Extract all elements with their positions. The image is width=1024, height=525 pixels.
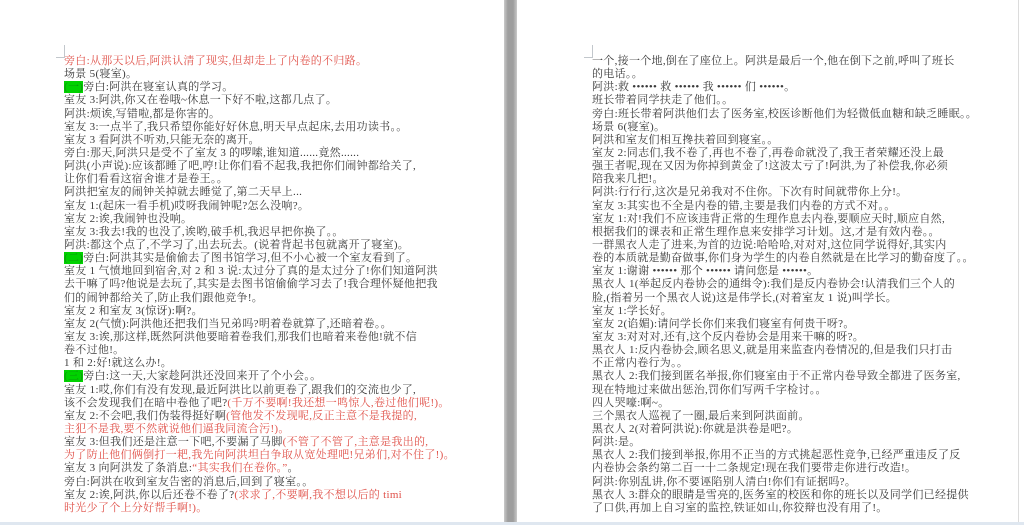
text-line: 三个黑衣人巡视了一圈,最后来到阿洪面前。 — [592, 410, 1007, 423]
text-line: 室友 2(谄媚):请问学长你们来我们寝室有何贵干呀?。 — [592, 318, 1007, 331]
highlight-marker: (一) — [64, 81, 83, 93]
text-segment: 卷不过他!。 — [64, 344, 124, 356]
text-segment: 阿洪:烦诶,写错啦,都是你害的。 — [64, 108, 220, 120]
text-segment: 旁白:这一天,大家趁阿洪还没回来开了个小会。。 — [83, 370, 321, 382]
text-segment: 一群黑衣人走了进来,为首的边说:哈哈哈,对对对,这位同学说得好,其实内 — [592, 239, 947, 251]
text-line: 陪我来几把!。 — [592, 173, 1007, 186]
text-line: 旁白:从那天以后,阿洪认清了现实,但却走上了内卷的不归路。 — [64, 55, 479, 68]
text-segment: 室友 3:阿洪,你又在卷哦~休息一下好不啦,这都几点了。 — [64, 94, 337, 106]
text-line: 旁白:那天,阿洪只是受不了室友 3 的啰嗦,谁知道......竟然...... — [64, 147, 479, 160]
text-segment: 室友 2(谄媚):请问学长你们来我们寝室有何贵干呀?。 — [592, 318, 855, 330]
text-segment: 三个黑衣人巡视了一圈,最后来到阿洪面前。 — [592, 410, 810, 422]
text-segment: 阿洪:是。 — [592, 436, 641, 448]
text-line: 让你们看看这宿舍谁才是卷王。。 — [64, 173, 479, 186]
text-line: 阿洪:是。 — [592, 436, 1007, 449]
text-segment: 室友 3 看阿洪不听劝,只能无奈的离开。 — [64, 134, 260, 146]
text-line: 四人哭嚎:啊~。 — [592, 397, 1007, 410]
text-segment: 旁白:阿洪在收到室友告密的消息后,回到了寝室。。 — [64, 476, 314, 488]
text-segment: 旁白:从那天以后,阿洪认清了现实,但却走上了内卷的不归路。 — [64, 55, 367, 67]
text-line: 主犯不是我,要不然就说他们逼我同流合污!)。 — [64, 423, 479, 436]
text-line: 的电话。。 — [592, 68, 1007, 81]
text-line: 室友 3 向阿洪发了条消息:“其实我们在卷你。”。 — [64, 462, 479, 475]
text-segment: 场景 5(寝室)。 — [64, 68, 137, 80]
text-segment: 黑衣人 1(举起反内卷协会的通缉令):我们是反内卷协会!认清我们三个人的 — [592, 278, 955, 290]
text-segment: 室友 3:但我们还是注意一下吧,不要漏了马脚 — [64, 436, 283, 448]
text-line: 室友 1:学长好。 — [592, 305, 1007, 318]
text-segment: 旁白:阿洪在寝室认真的学习。 — [83, 81, 233, 93]
text-line: 去干嘛了吗?他说是去玩了,其实是去图书馆偷偷学习去了!我合理怀疑他把我 — [64, 278, 479, 291]
text-line: 一群黑衣人走了进来,为首的边说:哈哈哈,对对对,这位同学说得好,其实内 — [592, 239, 1007, 252]
text-segment: 室友 1 气愤地回到宿舍,对 2 和 3 说:太过分了真的是太过分了!你们知道阿… — [64, 265, 438, 277]
text-line: 黑衣人 1:反内卷协会,顾名思义,就是用来监查内卷情况的,但是我们只打击 — [592, 344, 1007, 357]
text-line: 室友 1:谢谢 •••••• 那个 •••••• 请问您是 ••••••。 — [592, 265, 1007, 278]
text-segment: 室友 3:其实也不全是内卷的错,主要是我们内卷的方式不对。。 — [592, 200, 896, 212]
text-segment: 1 和 2:好!就这么办!。 — [64, 357, 172, 369]
text-segment: 黑衣人 3:群众的眼睛是雪亮的,医务室的校医和你的班长以及同学们已经提供 — [592, 489, 969, 501]
text-line: 为了防止他们俩倒打一耙,我先向阿洪坦白争取从宽处理吧!兄弟们,对不住了!)。 — [64, 449, 479, 462]
text-segment: 了口供,再加上自习室的监控,铁证如山,你狡辩也没有用了!。 — [592, 502, 888, 514]
text-line: (一)旁白:阿洪在寝室认真的学习。 — [64, 81, 479, 94]
text-line: 场景 5(寝室)。 — [64, 68, 479, 81]
text-line: 室友 1 气愤地回到宿舍,对 2 和 3 说:太过分了真的是太过分了!你们知道阿… — [64, 265, 479, 278]
text-segment: 四人哭嚎:啊~。 — [592, 397, 669, 409]
text-line: 时光少了个上分好帮手啊!)。 — [64, 502, 479, 515]
text-segment: 室友 2:同志们,我不卷了,再也不卷了,再卷命就没了,我王者荣耀还没上最 — [592, 147, 944, 159]
text-line: 该不会发现我们在暗中卷他了吧?(千万不要啊!我还想一鸣惊人,卷过他们呢!)。 — [64, 397, 479, 410]
text-segment: 室友 3:诶,那这样,既然阿洪他要暗着卷我们,那我们也暗着来卷他!就不信 — [64, 331, 417, 343]
text-line: 们的闹钟都给关了,防止我们跟他竞争!。 — [64, 292, 479, 305]
text-segment: 内卷协会条约第二百一十二条规定!现在我们要带走你进行改造!。 — [592, 462, 916, 474]
text-segment: 阿洪把室友的闹钟关掉就去睡觉了,第二天早上... — [64, 186, 302, 198]
text-segment: 阿洪:都这个点了,不学习了,出去玩去。(说着背起书包就离开了寝室)。 — [64, 239, 409, 251]
text-segment: 一个,接一个地,倒在了座位上。阿洪是最后一个,他在倒下之前,呼叫了班长 — [592, 55, 955, 67]
text-segment: 时光少了个上分好帮手啊!)。 — [64, 502, 208, 514]
text-line: 黑衣人 1(举起反内卷协会的通缉令):我们是反内卷协会!认清我们三个人的 — [592, 278, 1007, 291]
text-line: 黑衣人 2:我们接到举报,你用不正当的方式挑起恶性竞争,已经严重违反了反 — [592, 449, 1007, 462]
text-line: 卷的本质就是勤奋做事,你们身为学生的内卷自然就是在比学习的勤奋度了。。 — [592, 252, 1007, 265]
text-line: 室友 3 看阿洪不听劝,只能无奈的离开。 — [64, 134, 479, 147]
text-segment: 黑衣人 2(对着阿洪说):你就是洪卷是吧?。 — [592, 423, 798, 435]
text-line: 阿洪:都这个点了,不学习了,出去玩去。(说着背起书包就离开了寝室)。 — [64, 239, 479, 252]
text-line: 场景 6(寝室)。 — [592, 121, 1007, 134]
text-segment: (求求了,不要啊,我不想以后的 timi — [234, 489, 402, 501]
text-line: 1 和 2:好!就这么办!。 — [64, 357, 479, 370]
text-segment: 阿洪和室友们相互搀扶着回到寝室。。 — [592, 134, 779, 146]
text-line: 室友 3:我去!我的也没了,诶哟,破手机,我迟早把你换了。。 — [64, 226, 479, 239]
text-segment: 阿洪:行行行,这次是兄弟我对不住你。下次有时间就带你上分!。 — [592, 186, 907, 198]
text-line: 旁白:班长带着阿洪他们去了医务室,校医诊断他们为轻微低血糖和缺乏睡眠。。 — [592, 108, 1007, 121]
text-segment: 旁白:班长带着阿洪他们去了医务室,校医诊断他们为轻微低血糖和缺乏睡眠。。 — [592, 108, 977, 120]
text-segment: 室友 1:谢谢 •••••• 那个 •••••• 请问您是 ••••••。 — [592, 265, 818, 277]
text-line: 阿洪(小声说):应该都睡了吧,哼!让你们看不起我,我把你们闹钟都给关了, — [64, 160, 479, 173]
highlight-marker: (三) — [64, 370, 83, 382]
text-segment: (不管了不管了,主意是我出的, — [283, 436, 429, 448]
text-line: 室友 3:但我们还是注意一下吧,不要漏了马脚(不管了不管了,主意是我出的, — [64, 436, 479, 449]
text-segment: 室友 2 和室友 3(惊讶):啊?。 — [64, 305, 203, 317]
text-segment: “其实我们在卷你。” — [192, 462, 287, 474]
document-page-2: 一个,接一个地,倒在了座位上。阿洪是最后一个,他在倒下之前,呼叫了班长的电话。。… — [517, 0, 1024, 525]
text-segment: 室友 2:诶,阿洪,你以后还卷不卷了? — [64, 489, 234, 501]
text-line: 强王者呢,现在又因为你掉到黄金了!这波太亏了!阿洪,为了补偿我,你必须 — [592, 160, 1007, 173]
text-segment: 强王者呢,现在又因为你掉到黄金了!这波太亏了!阿洪,为了补偿我,你必须 — [592, 160, 948, 172]
text-line: (二)旁白:阿洪其实是偷偷去了图书馆学习,但不小心被一个室友看到了。 — [64, 252, 479, 265]
text-segment: 为了防止他们俩倒打一耙,我先向阿洪坦白争取从宽处理吧!兄弟们,对不住了!)。 — [64, 449, 455, 461]
text-segment: 室友 1:对!我们不应该违背正常的生理作息去内卷,要顺应天时,顺应自然, — [592, 213, 945, 225]
text-segment: 场景 6(寝室)。 — [592, 121, 665, 133]
document-page-1: 旁白:从那天以后,阿洪认清了现实,但却走上了内卷的不归路。场景 5(寝室)。(一… — [0, 0, 504, 525]
text-line: 阿洪:你别乱讲,你不要诬陷别人清白!你们有证据吗?。 — [592, 476, 1007, 489]
text-line: 室友 3:对对对,还有,这个反内卷协会是用来干嘛的呀?。 — [592, 331, 1007, 344]
text-line: 室友 1:(起床一看手机)哎呀我闹钟呢?怎么没响?。 — [64, 200, 479, 213]
text-segment: 阿洪(小声说):应该都睡了吧,哼!让你们看不起我,我把你们闹钟都给关了, — [64, 160, 416, 172]
text-line: 根据我们的课表和正常生理作息来安排学习计划。这,才是有效内卷。。 — [592, 226, 1007, 239]
text-segment: 根据我们的课表和正常生理作息来安排学习计划。这,才是有效内卷。。 — [592, 226, 940, 238]
text-line: 脸,(指着另一个黑衣人说)这是伟学长,(对着室友 1 说)叫学长。 — [592, 292, 1007, 305]
text-segment: 脸,(指着另一个黑衣人说)这是伟学长,(对着室友 1 说)叫学长。 — [592, 292, 897, 304]
text-line: (三)旁白:这一天,大家趁阿洪还没回来开了个小会。。 — [64, 370, 479, 383]
text-segment: 陪我来几把!。 — [592, 173, 664, 185]
text-segment: 旁白:阿洪其实是偷偷去了图书馆学习,但不小心被一个室友看到了。 — [83, 252, 417, 264]
text-line: 内卷协会条约第二百一十二条规定!现在我们要带走你进行改造!。 — [592, 462, 1007, 475]
text-line: 卷不过他!。 — [64, 344, 479, 357]
text-segment: 该不会发现我们在暗中卷他了吧? — [64, 397, 227, 409]
text-line: 室友 3:其实也不全是内卷的错,主要是我们内卷的方式不对。。 — [592, 200, 1007, 213]
text-segment: 室友 3:我去!我的也没了,诶哟,破手机,我迟早把你换了。。 — [64, 226, 344, 238]
text-segment: 室友 1:(起床一看手机)哎呀我闹钟呢?怎么没响?。 — [64, 200, 309, 212]
scrollbar[interactable] — [1018, 0, 1024, 525]
page-2-text: 一个,接一个地,倒在了座位上。阿洪是最后一个,他在倒下之前,呼叫了班长的电话。。… — [592, 55, 1007, 515]
text-line: 阿洪:救 •••••• 救 •••••• 我 •••••• 们 ••••••。 — [592, 81, 1007, 94]
text-line: 黑衣人 2(对着阿洪说):你就是洪卷是吧?。 — [592, 423, 1007, 436]
text-segment: 室友 3:一点半了,我只希望你能好好休息,明天早点起床,去用功读书。。 — [64, 121, 408, 133]
text-line: 班长带着同学扶走了他们。。 — [592, 94, 1007, 107]
text-segment: 室友 2:诶,我闹钟也没响。 — [64, 213, 192, 225]
text-segment: 的电话。。 — [592, 68, 643, 80]
text-line: 黑衣人 3:群众的眼睛是雪亮的,医务室的校医和你的班长以及同学们已经提供 — [592, 489, 1007, 502]
text-segment: 室友 3:对对对,还有,这个反内卷协会是用来干嘛的呀?。 — [592, 331, 864, 343]
text-line: 了口供,再加上自习室的监控,铁证如山,你狡辩也没有用了!。 — [592, 502, 1007, 515]
text-segment: 室友 2(气愤):阿洪他还把我们当兄弟吗?明着卷就算了,还暗着卷。。 — [64, 318, 392, 330]
text-line: 室友 3:一点半了,我只希望你能好好休息,明天早点起床,去用功读书。。 — [64, 121, 479, 134]
text-segment: 黑衣人 2:我们接到举报,你用不正当的方式挑起恶性竞争,已经严重违反了反 — [592, 449, 961, 461]
text-segment: 们的闹钟都给关了,防止我们跟他竞争!。 — [64, 292, 263, 304]
text-segment: 班长带着同学扶走了他们。。 — [592, 94, 733, 106]
text-segment: 黑衣人 2:我们接到匿名举报,你们寝室由于不正常内卷导致全都进了医务室, — [592, 370, 961, 382]
text-line: 室友 2:不会吧,我们伪装得挺好啊(管他发不发现呢,反正主意不是我提的, — [64, 410, 479, 423]
text-segment: 卷的本质就是勤奋做事,你们身为学生的内卷自然就是在比学习的勤奋度了。。 — [592, 252, 974, 264]
text-line: 室友 3:阿洪,你又在卷哦~休息一下好不啦,这都几点了。 — [64, 94, 479, 107]
text-line: 阿洪把室友的闹钟关掉就去睡觉了,第二天早上... — [64, 186, 479, 199]
text-line: 室友 2:诶,阿洪,你以后还卷不卷了?(求求了,不要啊,我不想以后的 timi — [64, 489, 479, 502]
text-line: 阿洪和室友们相互搀扶着回到寝室。。 — [592, 134, 1007, 147]
highlight-marker: (二) — [64, 252, 83, 264]
text-line: 阿洪:烦诶,写错啦,都是你害的。 — [64, 108, 479, 121]
text-line: 旁白:阿洪在收到室友告密的消息后,回到了寝室。。 — [64, 476, 479, 489]
text-segment: 室友 1:哎,你们有没有发现,最近阿洪比以前更卷了,跟我们的交流也少了, — [64, 384, 416, 396]
document-viewer: 旁白:从那天以后,阿洪认清了现实,但却走上了内卷的不归路。场景 5(寝室)。(一… — [0, 0, 1024, 525]
text-line: 室友 2:同志们,我不卷了,再也不卷了,再卷命就没了,我王者荣耀还没上最 — [592, 147, 1007, 160]
text-line: 阿洪:行行行,这次是兄弟我对不住你。下次有时间就带你上分!。 — [592, 186, 1007, 199]
text-segment: 黑衣人 1:反内卷协会,顾名思义,就是用来监查内卷情况的,但是我们只打击 — [592, 344, 952, 356]
text-segment: 现在特地过来做出惩治,罚你们写两千字检讨。。 — [592, 384, 827, 396]
page-1-text: 旁白:从那天以后,阿洪认清了现实,但却走上了内卷的不归路。场景 5(寝室)。(一… — [64, 55, 479, 515]
text-line: 室友 1:哎,你们有没有发现,最近阿洪比以前更卷了,跟我们的交流也少了, — [64, 384, 479, 397]
text-segment: 去干嘛了吗?他说是去玩了,其实是去图书馆偷偷学习去了!我合理怀疑他把我 — [64, 278, 438, 290]
text-segment: 室友 2:不会吧,我们伪装得挺好啊 — [64, 410, 226, 422]
text-line: 一个,接一个地,倒在了座位上。阿洪是最后一个,他在倒下之前,呼叫了班长 — [592, 55, 1007, 68]
text-segment: 让你们看看这宿舍谁才是卷王。。 — [64, 173, 228, 185]
text-segment: 旁白:那天,阿洪只是受不了室友 3 的啰嗦,谁知道......竟然...... — [64, 147, 359, 159]
text-segment: 阿洪:你别乱讲,你不要诬陷别人清白!你们有证据吗?。 — [592, 476, 856, 488]
text-segment: (千万不要啊!我还想一鸣惊人,卷过他们呢!)。 — [227, 397, 449, 409]
text-segment: (管他发不发现呢,反正主意不是我提的, — [226, 410, 417, 422]
text-line: 室友 2:诶,我闹钟也没响。 — [64, 213, 479, 226]
text-line: 现在特地过来做出惩治,罚你们写两千字检讨。。 — [592, 384, 1007, 397]
text-line: 室友 2(气愤):阿洪他还把我们当兄弟吗?明着卷就算了,还暗着卷。。 — [64, 318, 479, 331]
text-segment: 阿洪:救 •••••• 救 •••••• 我 •••••• 们 ••••••。 — [592, 81, 795, 93]
text-line: 室友 3:诶,那这样,既然阿洪他要暗着卷我们,那我们也暗着来卷他!就不信 — [64, 331, 479, 344]
text-segment: 主犯不是我,要不然就说他们逼我同流合污!)。 — [64, 423, 290, 435]
text-line: 室友 1:对!我们不应该违背正常的生理作息去内卷,要顺应天时,顺应自然, — [592, 213, 1007, 226]
text-segment: 不正常内卷行为。。 — [592, 357, 688, 369]
page-gap — [504, 0, 517, 525]
text-line: 黑衣人 2:我们接到匿名举报,你们寝室由于不正常内卷导致全都进了医务室, — [592, 370, 1007, 383]
text-line: 不正常内卷行为。。 — [592, 357, 1007, 370]
text-line: 室友 2 和室友 3(惊讶):啊?。 — [64, 305, 479, 318]
text-segment: 室友 3 向阿洪发了条消息: — [64, 462, 192, 474]
text-segment: 室友 1:学长好。 — [592, 305, 672, 317]
text-segment: 。 — [288, 462, 299, 474]
